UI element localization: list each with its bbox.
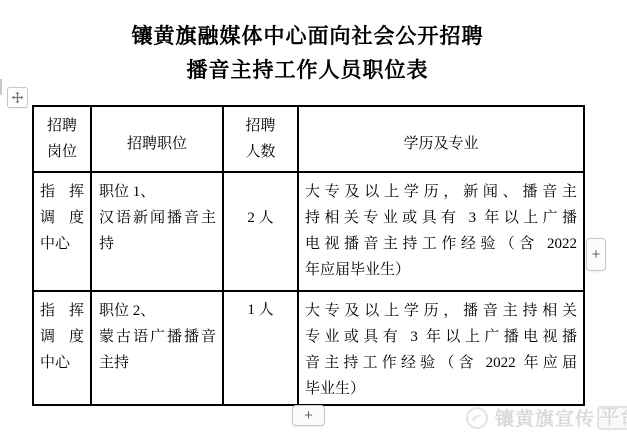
major-line: 音主持工作经验（含 2022 年应届 [305,350,577,376]
header-cell-major[interactable]: 学历及专业 [299,107,583,173]
position-line: 职位 2、 [99,298,216,324]
row1-dept-cell[interactable]: 指挥 调度 中心 [34,173,92,292]
header-cell-count[interactable]: 招聘 人数 [224,107,299,173]
major-line: 电视播音主持工作经验（含 2022 [305,231,577,257]
recruitment-table: 招聘 岗位 招聘职位 招聘 人数 学历及专业 指挥 调度 中心 职位 1、 汉语… [32,105,585,406]
dept-line: 中心 [40,231,84,257]
position-line: 蒙古语广播播音 [99,324,216,350]
watermark: 镶黄旗宣传平台 [465,404,627,431]
count-value: 2 人 [230,205,291,231]
table-move-handle[interactable] [7,87,28,108]
move-icon [11,91,24,104]
header-count-line: 招聘 [224,113,297,139]
dept-line: 调度 [40,205,84,231]
dept-line: 指挥 [40,179,84,205]
plus-icon: + [592,247,601,262]
major-line: 年应届毕业生） [305,257,577,283]
title-line-1: 镶黄旗融媒体中心面向社会公开招聘 [32,19,583,53]
count-value: 1 人 [230,297,291,323]
dept-line: 中心 [40,350,84,376]
major-line: 大专及以上学历，新闻、播音主 [305,179,577,205]
row2-count-cell[interactable]: 1 人 [224,292,299,404]
position-line: 职位 1、 [99,179,216,205]
header-post-line: 招聘 [34,113,90,139]
row2-position-cell[interactable]: 职位 2、 蒙古语广播播音 主持 [92,292,224,404]
page-edge-tick [0,79,2,95]
emblem-icon [465,406,489,430]
major-line: 毕业生） [305,376,577,402]
plus-icon: + [304,408,313,423]
position-line: 汉语新闻播音主 [99,205,216,231]
position-line: 主持 [99,350,216,376]
row1-position-cell[interactable]: 职位 1、 汉语新闻播音主 持 [92,173,224,292]
row2-dept-cell[interactable]: 指挥 调度 中心 [34,292,92,404]
header-post-line: 岗位 [34,139,90,165]
header-cell-post[interactable]: 招聘 岗位 [34,107,92,173]
major-line: 大专及以上学历，播音主持相关 [305,298,577,324]
header-count-line: 人数 [224,139,297,165]
document-title: 镶黄旗融媒体中心面向社会公开招聘 播音主持工作人员职位表 [32,19,583,87]
dept-line: 指挥 [40,298,84,324]
position-line: 持 [99,231,216,257]
add-row-button[interactable]: + [292,405,325,426]
header-major-label: 学历及专业 [299,131,583,157]
row1-major-cell[interactable]: 大专及以上学历，新闻、播音主 持相关专业或具有 3 年以上广播 电视播音主持工作… [299,173,583,292]
header-cell-position[interactable]: 招聘职位 [92,107,224,173]
header-position-label: 招聘职位 [92,131,222,157]
title-line-2: 播音主持工作人员职位表 [32,53,583,87]
major-line: 专业或具有 3 年以上广播电视播 [305,324,577,350]
watermark-text: 镶黄旗宣传 [495,404,595,431]
add-column-button[interactable]: + [586,238,606,271]
dept-line: 调度 [40,324,84,350]
row2-major-cell[interactable]: 大专及以上学历，播音主持相关 专业或具有 3 年以上广播电视播 音主持工作经验（… [299,292,583,404]
row1-count-cell[interactable]: 2 人 [224,173,299,292]
editor-page: 镶黄旗融媒体中心面向社会公开招聘 播音主持工作人员职位表 招聘 岗位 招聘职位 … [0,0,627,441]
major-line: 持相关专业或具有 3 年以上广播 [305,205,577,231]
watermark-badge: 平台 [597,406,627,430]
